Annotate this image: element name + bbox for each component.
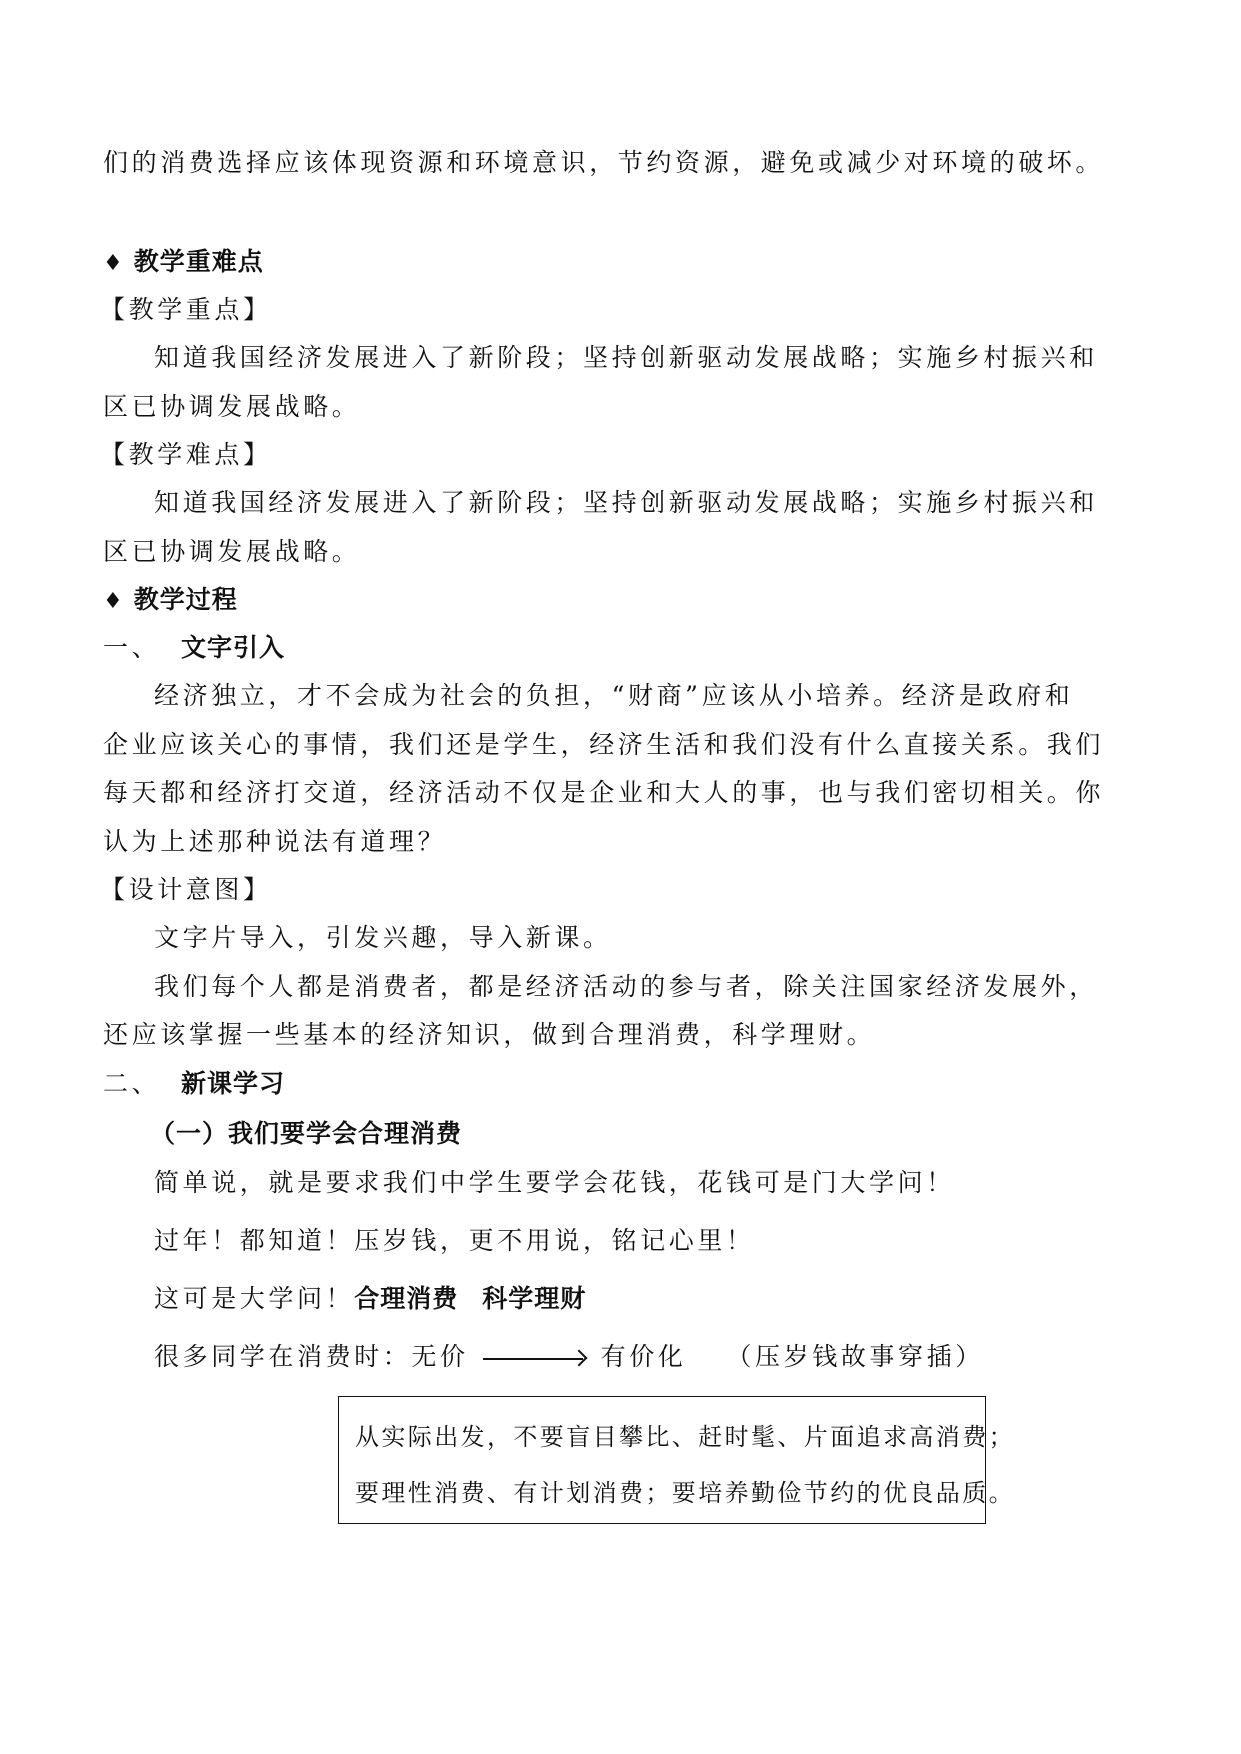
intro-continuation: 们的消费选择应该体现资源和环境意识，节约资源，避免或减少对环境的破坏。: [103, 146, 1104, 180]
focus-line-1: 知道我国经济发展进入了新阶段；坚持创新驱动发展战略；实施乡村振兴和: [154, 341, 1098, 375]
part2-line-1: 简单说，就是要求我们中学生要学会花钱，花钱可是门大学问！: [154, 1166, 955, 1200]
emphasis-scientific-finance: 科学理财: [482, 1284, 586, 1313]
advice-line-2: 要理性消费、有计划消费；要培养勤俭节约的优良品质。: [355, 1473, 1015, 1508]
part2-line-4: 很多同学在消费时：无价有价化（压岁钱故事穿插）: [154, 1340, 984, 1374]
diamond-bullet-icon: ♦: [103, 247, 124, 281]
focus-label: 【教学重点】: [100, 293, 272, 327]
right-arrow-icon: [483, 1358, 583, 1360]
part1-para-line: 经济独立，才不会成为社会的负担，“财商”应该从小培养。经济是政府和: [154, 679, 1073, 713]
difficulty-line-1: 知道我国经济发展进入了新阶段；坚持创新驱动发展战略；实施乡村振兴和: [154, 486, 1098, 520]
difficulty-label: 【教学难点】: [100, 438, 272, 472]
part1-para-line: 每天都和经济打交道，经济活动不仅是企业和大人的事，也与我们密切相关。你: [103, 776, 1104, 810]
advice-line-1: 从实际出发，不要盲目攀比、赶时髦、片面追求高消费；: [355, 1417, 1015, 1452]
part1-heading: 一、文字引入: [103, 631, 285, 665]
story-note: （压岁钱故事穿插）: [726, 1342, 983, 1371]
part1-title: 文字引入: [181, 633, 285, 662]
summary-line-2: 还应该掌握一些基本的经济知识，做到合理消费，科学理财。: [103, 1018, 875, 1052]
part2-line-2: 过年！都知道！压岁钱，更不用说，铭记心里！: [154, 1224, 755, 1258]
design-intent-line: 文字片导入，引发兴趣，导入新课。: [154, 921, 612, 955]
summary-line-1: 我们每个人都是消费者，都是经济活动的参与者，除关注国家经济发展外，: [154, 970, 1098, 1004]
part1-para-line: 认为上述那种说法有道理？: [103, 825, 446, 859]
key-points-heading: ♦教学重难点: [103, 245, 264, 281]
advice-box: 从实际出发，不要盲目攀比、赶时髦、片面追求高消费； 要理性消费、有计划消费；要培…: [338, 1396, 986, 1524]
part2-number: 二、: [103, 1067, 181, 1101]
difficulty-line-2: 区已协调发展战略。: [103, 535, 360, 569]
part2-heading: 二、新课学习: [103, 1067, 285, 1101]
diamond-bullet-icon: ♦: [103, 585, 124, 619]
process-heading: ♦教学过程: [103, 583, 238, 619]
focus-line-2: 区已协调发展战略。: [103, 390, 360, 424]
part1-para-line: 企业应该关心的事情，我们还是学生，经济生活和我们没有什么直接关系。我们: [103, 728, 1104, 762]
part2-subheading: （一）我们要学会合理消费: [150, 1117, 462, 1151]
part1-number: 一、: [103, 631, 181, 665]
emphasis-rational-consumption: 合理消费: [354, 1284, 458, 1313]
part2-line-3: 这可是大学问！合理消费科学理财: [154, 1282, 586, 1316]
design-intent-label: 【设计意图】: [100, 873, 272, 907]
part2-title: 新课学习: [181, 1069, 285, 1098]
